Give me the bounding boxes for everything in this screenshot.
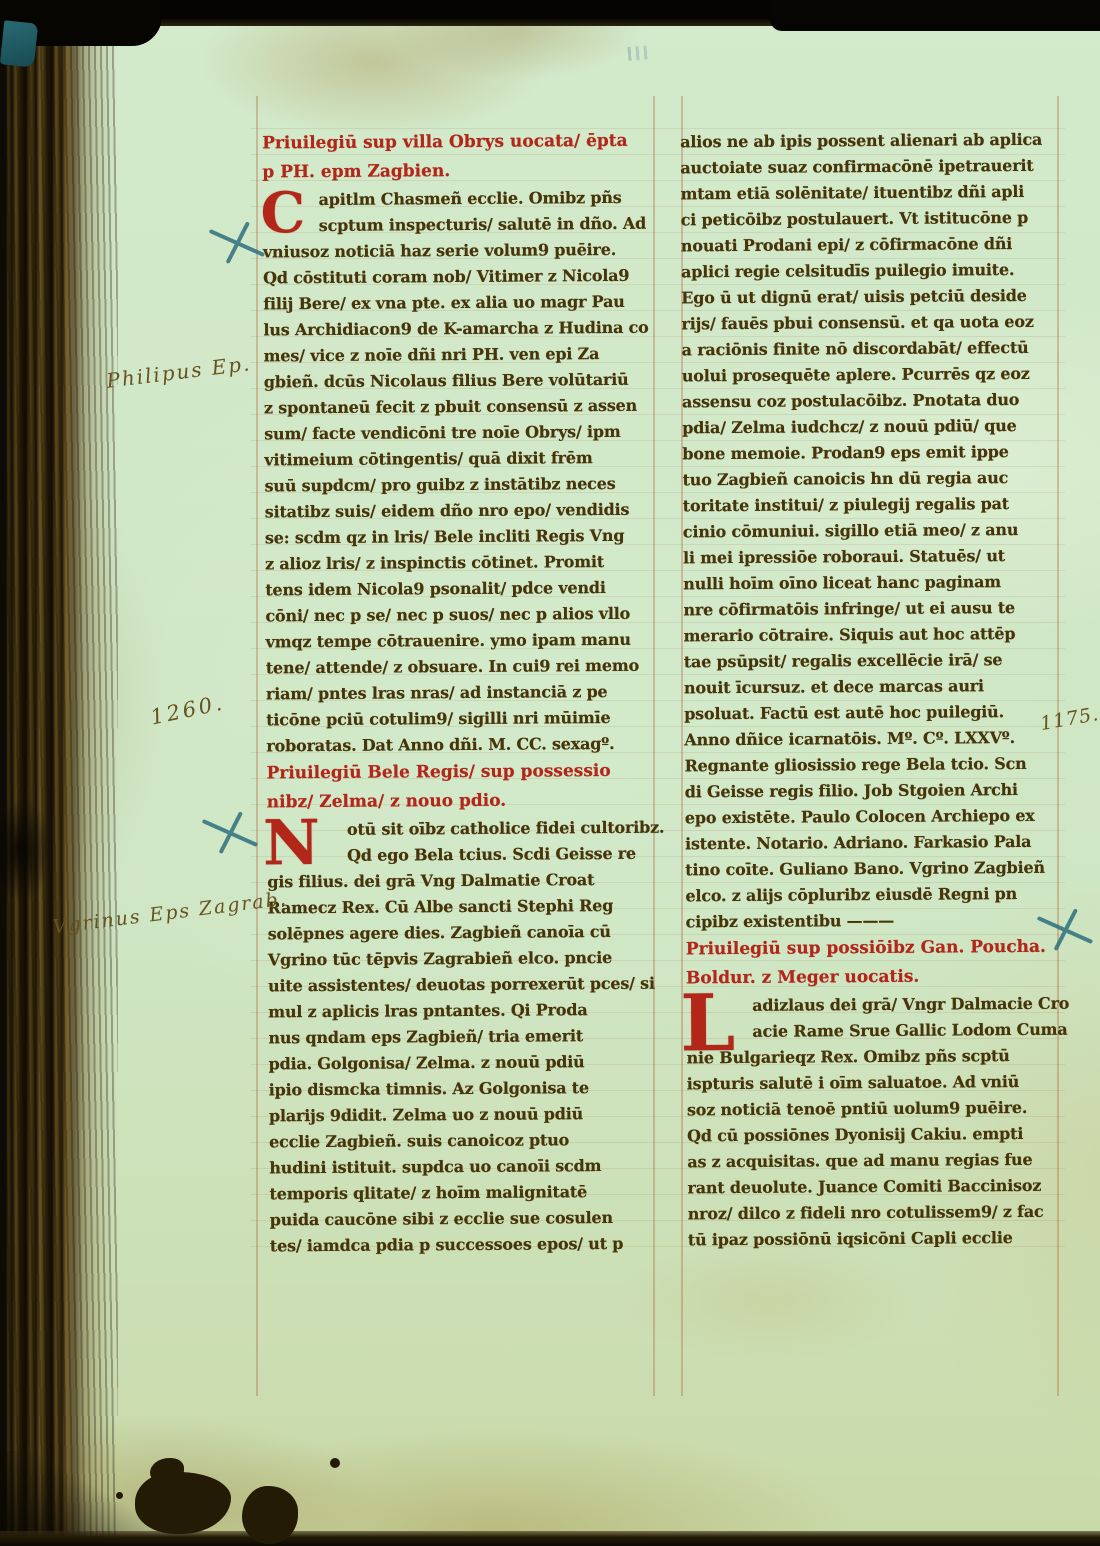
text-line: auctoiate suaz confirmacōnē ipetrauerit: [680, 153, 1062, 182]
text-line: Vgrino tūc tēpvis Zagrabieñ elco. pncie: [268, 945, 664, 974]
paragraph-lines: adizlaus dei grā/ Vngr Dalmacie Croacie …: [686, 991, 1070, 1254]
drop-cap-initial: N: [263, 815, 320, 871]
text-line: Ramecz Rex. Cū Albe sancti Stephi Reg: [267, 893, 663, 922]
manuscript-photo: Priuilegiū sup villa Obrys uocata/ ēptap…: [0, 0, 1100, 1546]
ruling-line-vertical: [256, 96, 258, 1396]
text-line: tene/ attende/ z obsuare. In cui9 rei me…: [266, 653, 662, 682]
text-line: pdia/ Zelma iudchcz/ z nouū pdiū/ que: [682, 413, 1064, 442]
teal-patch: [0, 20, 38, 67]
text-line: gbieñ. dcūs Nicolaus filius Bere volūtar…: [264, 367, 660, 396]
text-line: rant deuolute. Juance Comiti Baccinisoz: [687, 1173, 1069, 1202]
text-line: Qd cōstituti coram nob/ Vitimer z Nicola…: [263, 263, 659, 292]
text-line: tuo Zagbieñ canoicis hn dū regia auc: [682, 465, 1064, 494]
text-line: ispturis salutē i oīm saluatoe. Ad vniū: [687, 1069, 1069, 1098]
text-line: aplici regie celsitudīs puilegio imuite.: [681, 257, 1063, 286]
text-column-right: alios ne ab ipis possent alienari ab apl…: [680, 127, 1070, 1254]
paragraph-lines: otū sit oībz catholice fidei cultoribz.Q…: [267, 815, 666, 1260]
text-line: assensu coz postulacōibz. Pnotata duo: [682, 387, 1064, 416]
text-line: nus qndam eps Zagbieñ/ tria emerit: [268, 1023, 664, 1052]
text-line: scptum inspecturis/ salutē in dño. Ad: [263, 211, 659, 240]
text-line: uite assistentes/ deuotas porrexerūt pce…: [268, 971, 664, 1000]
text-line: gis filius. dei grā Vng Dalmatie Croat: [267, 867, 663, 896]
text-line: alios ne ab ipis possent alienari ab apl…: [680, 127, 1062, 156]
text-line: hudini istituit. supdca uo canoīi scdm: [269, 1153, 665, 1182]
ink-blot: [242, 1486, 298, 1544]
text-line: solēpnes agere dies. Zagbieñ canoīa cū: [268, 919, 664, 948]
text-line: tino coīte. Guliano Bano. Vgrino Zagbieñ: [685, 855, 1067, 884]
text-line: nre cōfirmatōis infringe/ ut ei ausu te: [683, 595, 1065, 624]
text-line: pdia. Golgonisa/ Zelma. z nouū pdiū: [268, 1049, 664, 1078]
continuation-lines: alios ne ab ipis possent alienari ab apl…: [680, 127, 1068, 936]
photo-top-right-edge: [770, 0, 1100, 31]
text-line: Priuilegiū Bele Regis/ sup possessio: [266, 757, 662, 789]
text-line: uolui prosequēte aplere. Pcurrēs qz eoz: [682, 361, 1064, 390]
bleedthrough-mark: [628, 45, 655, 61]
text-line: Boldur. z Meger uocatis.: [686, 962, 1068, 994]
text-line: cinio cōmuniui. sigillo etiā meo/ z anu: [683, 517, 1065, 546]
text-line: z alioz lris/ z inspinctis cōtinet. Prom…: [265, 549, 661, 578]
rubric-left-1: Priuilegiū sup villa Obrys uocata/ ēptap…: [262, 127, 658, 188]
text-line: vitimeium cōtingentis/ quā dixit frēm: [264, 445, 660, 474]
text-line: merario cōtraire. Siquis aut hoc attēp: [684, 621, 1066, 650]
binding-gutter-edge: [0, 0, 118, 1546]
text-line: suū supdcm/ pro guibz z instātibz neces: [264, 471, 660, 500]
text-line: plarijs 9didit. Zelma uo z nouū pdiū: [269, 1101, 665, 1130]
photo-bottom-edge: [0, 1531, 1100, 1546]
text-line: tae psūpsit/ regalis excellēcie irā/ se: [684, 647, 1066, 676]
text-line: Anno dñice icarnatōis. Mº. Cº. LXXVº.: [684, 725, 1066, 754]
text-line: soz noticiā tenoē pntiū uolum9 puēire.: [687, 1095, 1069, 1124]
ink-blot: [116, 1492, 123, 1499]
text-line: Regnante gliosissio rege Bela tcio. Scn: [684, 751, 1066, 780]
text-line: ticōne pciū cotulim9/ sigilli nri mūimīe: [266, 705, 662, 734]
text-line: nroz/ dilco z fideli nro cotulissem9/ z …: [688, 1199, 1070, 1228]
paragraph-left-1: C apitlm Chasmeñ ecclie. Omibz pñsscptum…: [262, 185, 662, 760]
text-line: elco. z alijs cōpluribz eiusdē Regni pn: [685, 881, 1067, 910]
collation-cross-icon: [210, 216, 264, 270]
text-line: nibz/ Zelma/ z nouo pdio.: [267, 786, 663, 818]
text-line: temporis qlitate/ z hoīm malignitatē: [269, 1179, 665, 1208]
text-line: a raciōnis finite nō discordabāt/ effect…: [682, 335, 1064, 364]
text-line: as z acquisitas. que ad manu regias fue: [687, 1147, 1069, 1176]
collation-cross-icon: [203, 806, 257, 860]
text-line: nulli hoīm oīno liceat hanc paginam: [683, 569, 1065, 598]
text-line: otū sit oībz catholice fidei cultoribz.: [267, 815, 663, 844]
text-line: mul z aplicis lras pntantes. Qi Proda: [268, 997, 664, 1026]
text-line: di Geisse regis filio. Job Stgoien Archi: [685, 777, 1067, 806]
paragraph-right: L adizlaus dei grā/ Vngr Dalmacie Croaci…: [686, 991, 1070, 1254]
text-line: puida caucōne sibi z ecclie sue cosulen: [270, 1205, 666, 1234]
text-line: toritate institui/ z piulegij regalis pa…: [683, 491, 1065, 520]
ink-blot: [330, 1458, 340, 1468]
text-line: sum/ facte vendicōni tre noīe Obrys/ ipm: [264, 419, 660, 448]
text-line: tens idem Nicola9 psonalit/ pdce vendi: [265, 575, 661, 604]
text-line: vniusoz noticiā haz serie volum9 puēire.: [263, 237, 659, 266]
text-line: cōni/ nec p se/ nec p suos/ nec p alios …: [265, 601, 661, 630]
text-line: li mei ipressiōe roboraui. Statuēs/ ut: [683, 543, 1065, 572]
text-line: mes/ vice z noīe dñi nri PH. ven epi Za: [264, 341, 660, 370]
text-line: riam/ pntes lras nras/ ad instanciā z pe: [266, 679, 662, 708]
text-line: adizlaus dei grā/ Vngr Dalmacie Cro: [686, 991, 1068, 1020]
text-line: nouati Prodani epi/ z cōfirmacōne dñi: [681, 231, 1063, 260]
text-line: Qd ego Bela tcius. Scdi Geisse re: [267, 841, 663, 870]
text-line: z spontaneū fecit z pbuit consensū z ass…: [264, 393, 660, 422]
drop-cap-initial: C: [260, 187, 305, 239]
text-line: Ego ū ut dignū erat/ uisis petciū deside: [681, 283, 1063, 312]
paragraph-lines: apitlm Chasmeñ ecclie. Omibz pñsscptum i…: [262, 185, 662, 760]
text-line: acie Rame Srue Gallic Lodom Cuma: [686, 1017, 1068, 1046]
text-line: lus Archidiacon9 de K-amarcha z Hudina c…: [263, 315, 659, 344]
text-line: filij Bere/ ex vna pte. ex alia uo magr …: [263, 289, 659, 318]
text-line: Qd cū possiōnes Dyonisij Cakiu. empti: [687, 1121, 1069, 1150]
text-line: ci peticōibz postulauert. Vt istitucōne …: [681, 205, 1063, 234]
text-line: psoluat. Factū est autē hoc puilegiū.: [684, 699, 1066, 728]
text-line: epo existēte. Paulo Colocen Archiepo ex: [685, 803, 1067, 832]
drop-cap-initial: L: [680, 991, 735, 1057]
text-line: istente. Notario. Adriano. Farkasio Pala: [685, 829, 1067, 858]
text-line: mtam etiā solēnitate/ ituentibz dñi apli: [680, 179, 1062, 208]
rubric-right: Priuilegiū sup possiōibz Gan. Poucha.Bol…: [686, 933, 1068, 994]
text-line: tes/ iamdca pdia p successoes epos/ ut p: [270, 1231, 666, 1260]
edge-stain: [0, 798, 52, 902]
text-line: ipio dismcka timnis. Az Golgonisa te: [269, 1075, 665, 1104]
text-line: Priuilegiū sup possiōibz Gan. Poucha.: [686, 933, 1068, 965]
text-line: roboratas. Dat Anno dñi. M. CC. sexagº.: [266, 731, 662, 760]
paragraph-left-2: N otū sit oībz catholice fidei cultoribz…: [267, 815, 666, 1260]
rubric-left-2: Priuilegiū Bele Regis/ sup possessionibz…: [266, 757, 662, 818]
text-line: nouit īcursuz. et dece marcas auri: [684, 673, 1066, 702]
text-line: bone memoie. Prodan9 eps emit ippe: [682, 439, 1064, 468]
text-line: tū ipaz possiōnū iqsicōni Capli ecclie: [688, 1225, 1070, 1254]
text-line: vmqz tempe cōtrauenire. ymo ipam manu: [266, 627, 662, 656]
text-line: cipibz existentibu ———: [686, 907, 1068, 936]
text-line: p PH. epm Zagbien.: [262, 156, 658, 188]
text-line: ecclie Zagbieñ. suis canoicoz ptuo: [269, 1127, 665, 1156]
text-line: nie Bulgarieqz Rex. Omibz pñs scptū: [686, 1043, 1068, 1072]
text-line: se: scdm qz in lris/ Bele incliti Regis …: [265, 523, 661, 552]
text-line: apitlm Chasmeñ ecclie. Omibz pñs: [262, 185, 658, 214]
text-column-left: Priuilegiū sup villa Obrys uocata/ ēptap…: [262, 127, 666, 1260]
collation-cross-icon: [1038, 903, 1092, 957]
text-line: rijs/ fauēs pbui consensū. et qa uota eo…: [681, 309, 1063, 338]
text-line: sitatibz suis/ eidem dño nro epo/ vendid…: [265, 497, 661, 526]
text-line: Priuilegiū sup villa Obrys uocata/ ēpta: [262, 127, 658, 159]
